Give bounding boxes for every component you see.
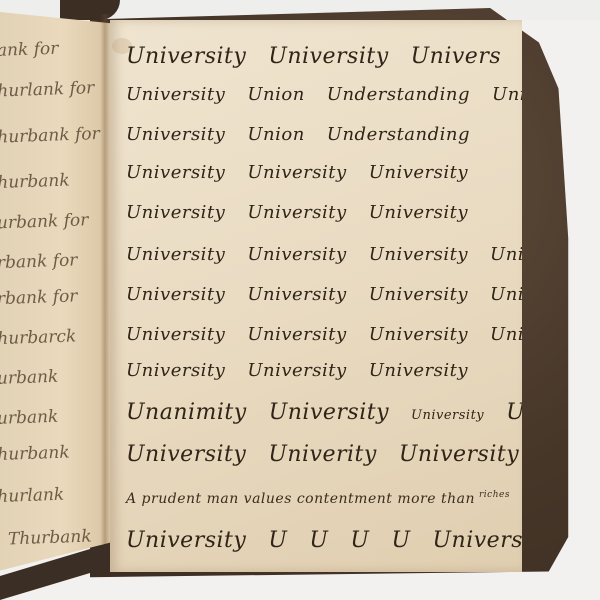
left-line: Thurbank — [0, 443, 70, 466]
left-line: Thurlank for — [0, 78, 95, 102]
right-page: UniversityUniversityUnivers UniversityUn… — [110, 20, 522, 572]
copy-line: UniversityUUUUUniversity — [126, 528, 522, 553]
word: Understanding — [327, 84, 470, 105]
word: Unanimity — [126, 400, 247, 425]
left-page: bank for Thurlank for Thurbank for Thurb… — [0, 12, 112, 582]
word: U — [350, 528, 369, 553]
copy-line-proverb: A prudent man values contentment more th… — [126, 490, 510, 507]
left-line: Thurbank for — [0, 124, 100, 148]
word: Univers — [411, 44, 502, 69]
left-line: bank for — [0, 39, 59, 62]
word: Un — [506, 400, 522, 425]
copy-line: UniversityUniversityUniversityUnion — [126, 324, 522, 345]
proverb-correction: riches — [479, 490, 510, 500]
word: Union — [490, 324, 522, 345]
copy-line: UniversityUniversityUniversity — [126, 162, 490, 183]
word: University — [126, 44, 246, 69]
word: University — [268, 44, 388, 69]
word: University — [126, 162, 225, 183]
copy-line: UniversityUnionUnderstanding — [126, 124, 492, 145]
photo-scene: bank for Thurlank for Thurbank for Thurb… — [0, 0, 600, 600]
word: Univerity — [268, 442, 377, 467]
word: University — [369, 284, 468, 305]
word: University — [126, 324, 225, 345]
copy-line: UniversityUnionUnderstandingUnivers — [126, 84, 522, 105]
copy-line: UnanimityUniversityUniversityUn — [126, 400, 522, 425]
word: University — [247, 202, 346, 223]
left-line: hurbank — [0, 407, 59, 430]
word: University — [126, 284, 225, 305]
copy-line: UniversityUniversityUniversity — [126, 360, 490, 381]
left-line: Thurbarck — [0, 326, 77, 349]
word: University — [369, 244, 468, 265]
word: University — [247, 162, 346, 183]
word: Union — [247, 124, 304, 145]
word: University — [247, 284, 346, 305]
left-line: Thurbank — [8, 527, 92, 550]
word: University — [126, 244, 225, 265]
book-gutter — [100, 14, 110, 544]
word: Union — [490, 244, 522, 265]
word: Union — [247, 84, 304, 105]
word: University — [399, 442, 519, 467]
word: University — [126, 124, 225, 145]
word: University — [269, 400, 389, 425]
left-line: hurbank for — [0, 210, 89, 234]
word: Union — [490, 284, 522, 305]
word: University — [126, 442, 246, 467]
word: Understanding — [327, 124, 470, 145]
word: U — [309, 528, 328, 553]
copy-line: UniversityUniverityUniversity — [126, 442, 522, 467]
word: Univers — [492, 84, 522, 105]
word: University — [126, 84, 225, 105]
word: University — [247, 324, 346, 345]
word: University — [369, 324, 468, 345]
word: University — [126, 360, 225, 381]
left-line: urbank for — [0, 250, 78, 273]
left-line: hurbank — [0, 367, 59, 390]
copy-line: UniversityUniversityUnivers — [126, 44, 522, 69]
word: University — [247, 360, 346, 381]
copy-line: UniversityUniversityUniversityUnion — [126, 284, 522, 305]
word: U — [268, 528, 287, 553]
word: University — [247, 244, 346, 265]
left-line: urbank for — [0, 286, 78, 309]
word: University — [411, 408, 484, 423]
copy-line: UniversityUniversityUniversityUnion — [126, 244, 522, 265]
proverb-text: A prudent man values contentment more th… — [126, 491, 475, 507]
word: University — [433, 528, 523, 553]
left-line: Thurlank — [0, 485, 65, 508]
word: U — [391, 528, 410, 553]
word: University — [126, 528, 246, 553]
copy-line: UniversityUniversityUniversity — [126, 202, 490, 223]
word: University — [369, 360, 468, 381]
word: University — [126, 202, 225, 223]
word: University — [369, 202, 468, 223]
word: University — [369, 162, 468, 183]
left-line: Thurbank — [0, 171, 70, 194]
